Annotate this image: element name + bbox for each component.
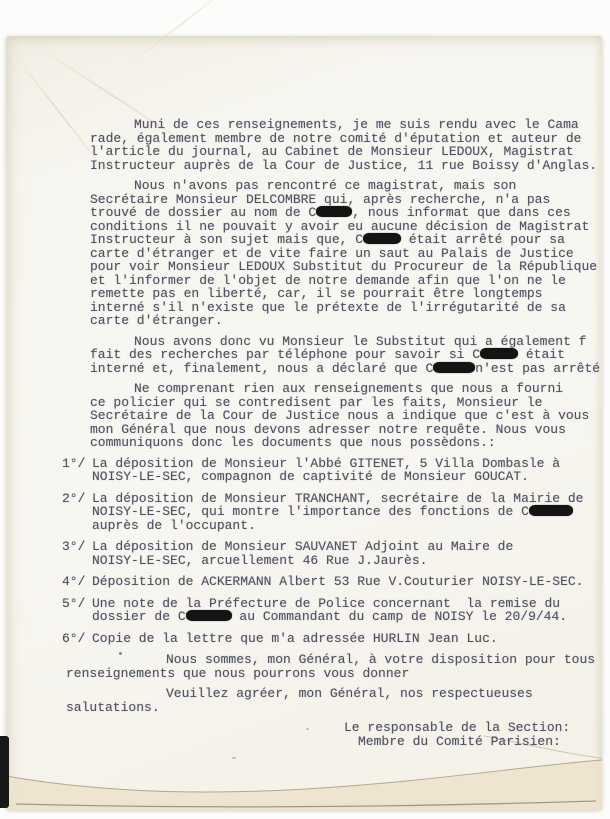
- document-line: renseignements que nous pourrons vous do…: [66, 667, 600, 681]
- document-line: Instructeur à son sujet mais que, C étai…: [90, 233, 600, 247]
- text-run: interné et, finalement, nous a déclaré q…: [90, 361, 433, 376]
- list-item: 6°/Copie de la lettre que m'a adressée H…: [62, 632, 600, 646]
- text-run: Instructeur auprès de la Cour de Justice…: [90, 158, 597, 173]
- document-line: NOISY-LE-SEC, qui montre l'importance de…: [92, 505, 600, 519]
- document-line: trouvé de dossier au nom de C, nous info…: [90, 206, 600, 220]
- list-item: 1°/La déposition de Monsieur l'Abbé GITE…: [62, 457, 600, 484]
- document-line: Déposition de ACKERMANN Albert 53 Rue V.…: [92, 575, 600, 589]
- paragraph: Nous sommes, mon Général, à votre dispos…: [66, 653, 600, 680]
- item-number: 5°/: [62, 597, 85, 611]
- redaction-mark: [433, 362, 475, 373]
- document-line: mon Général que nous devons adresser not…: [90, 423, 600, 437]
- signature-block: Le responsable de la Section:Membre du C…: [344, 721, 600, 748]
- document-line: Copie de la lettre que m'a adressée HURL…: [92, 632, 600, 646]
- document-line: La déposition de Monsieur TRANCHANT, sec…: [92, 492, 600, 506]
- text-run: Membre du Comité Parisien:: [358, 734, 561, 749]
- paragraph: Nous avons donc vu Monsieur le Substitut…: [90, 335, 600, 376]
- text-block: Muni de ces renseignements, je me suis r…: [62, 118, 600, 778]
- item-number: 3°/: [62, 540, 85, 554]
- redaction-mark: [480, 348, 518, 359]
- document-line: Membre du Comité Parisien:: [358, 735, 600, 749]
- document-line: Le responsable de la Section:: [344, 721, 600, 735]
- text-run: communiquons donc les documents que nous…: [90, 435, 496, 450]
- document-line: conditions il ne pouvait y avoir eu aucu…: [90, 220, 600, 234]
- document-line: ce policier qui se contredisent par les …: [90, 396, 600, 410]
- text-run: Déposition de ACKERMANN Albert 53 Rue V.…: [92, 574, 583, 589]
- item-number: 6°/: [62, 632, 85, 646]
- document-line: Ne comprenant rien aux renseignements qu…: [90, 382, 600, 396]
- list-item: 3°/La déposition de Monsieur SAUVANET Ad…: [62, 540, 600, 567]
- document-line: Veuillez agréer, mon Général, nos respec…: [66, 687, 600, 701]
- document-line: communiquons donc les documents que nous…: [90, 436, 600, 450]
- list-item: 4°/Déposition de ACKERMANN Albert 53 Rue…: [62, 575, 600, 589]
- redaction-mark: [363, 233, 401, 244]
- text-run: renseignements que nous pourrons vous do…: [66, 666, 409, 681]
- document-line: Nous sommes, mon Général, à votre dispos…: [66, 653, 600, 667]
- document-line: La déposition de Monsieur l'Abbé GITENET…: [92, 457, 600, 471]
- document-line: pour voir Monsieur LEDOUX Substitut du P…: [90, 260, 600, 274]
- document-line: et l'informer de l'objet de notre demand…: [90, 274, 600, 288]
- document-line: Secrétaire Monsieur DELCOMBRE qui, après…: [90, 193, 600, 207]
- document-line: Nous avons donc vu Monsieur le Substitut…: [90, 335, 600, 349]
- redaction-mark: [186, 610, 232, 621]
- document-line: NOISY-LE-SEC, arcuellement 46 Rue J.Jaur…: [92, 554, 600, 568]
- document-line: interné s'il n'existe que le prétexte de…: [90, 301, 600, 315]
- paper-crease: [126, 0, 238, 68]
- document-line: Instructeur auprès de la Cour de Justice…: [90, 159, 600, 173]
- document-line: auprès de l'occupant.: [92, 519, 600, 533]
- scan-artifact-bar: [0, 736, 9, 808]
- text-run: carte d'étranger.: [90, 313, 223, 328]
- redaction-mark: [316, 206, 352, 217]
- text-run: NOISY-LE-SEC, arcuellement 46 Rue J.Jaur…: [92, 553, 427, 568]
- text-run: auprès de l'occupant.: [92, 518, 256, 533]
- document-line: carte d'étranger et de vite faire un sau…: [90, 247, 600, 261]
- paragraph: Veuillez agréer, mon Général, nos respec…: [66, 687, 600, 714]
- item-number: 1°/: [62, 457, 85, 471]
- text-run: au Commandant du camp de NOISY le 20/9/4…: [232, 609, 567, 624]
- redaction-mark: [529, 505, 573, 516]
- text-run: salutations.: [66, 700, 160, 715]
- document-line: Nous n'avons pas rencontré ce magistrat,…: [90, 179, 600, 193]
- paragraph: Nous n'avons pas rencontré ce magistrat,…: [90, 179, 600, 328]
- list-item: 5°/Une note de la Préfecture de Police c…: [62, 597, 600, 624]
- document-line: salutations.: [66, 701, 600, 715]
- document-line: Muni de ces renseignements, je me suis r…: [90, 118, 600, 132]
- text-run: Copie de la lettre que m'a adressée HURL…: [92, 631, 498, 646]
- document-line: rade, également membre de notre comité d…: [90, 132, 600, 146]
- document-line: l'article du journal, au Cabinet de Mons…: [90, 145, 600, 159]
- document-line: interné et, finalement, nous a déclaré q…: [90, 362, 600, 376]
- text-run: n'est pas arrêté.: [475, 361, 600, 376]
- scanned-document-page: Muni de ces renseignements, je me suis r…: [0, 0, 610, 819]
- document-line: remette pas en liberté, car, il se pourr…: [90, 287, 600, 301]
- document-line: fait des recherches par téléphone pour s…: [90, 348, 600, 362]
- document-line: NOISY-LE-SEC, compagnon de captivité de …: [92, 470, 600, 484]
- document-line: dossier de C au Commandant du camp de NO…: [92, 610, 600, 624]
- text-run: NOISY-LE-SEC, compagnon de captivité de …: [92, 469, 529, 484]
- item-number: 2°/: [62, 492, 85, 506]
- text-run: dossier de C: [92, 609, 186, 624]
- paragraph: Ne comprenant rien aux renseignements qu…: [90, 382, 600, 450]
- text-run: Veuillez agréer, mon Général, nos respec…: [166, 686, 533, 701]
- paragraph: Muni de ces renseignements, je me suis r…: [90, 118, 600, 172]
- list-item: 2°/La déposition de Monsieur TRANCHANT, …: [62, 492, 600, 533]
- document-line: La déposition de Monsieur SAUVANET Adjoi…: [92, 540, 600, 554]
- document-line: carte d'étranger.: [90, 314, 600, 328]
- item-number: 4°/: [62, 575, 85, 589]
- document-line: Une note de la Préfecture de Police conc…: [92, 597, 600, 611]
- document-line: Secrétaire de la Cour de Justice nous a …: [90, 409, 600, 423]
